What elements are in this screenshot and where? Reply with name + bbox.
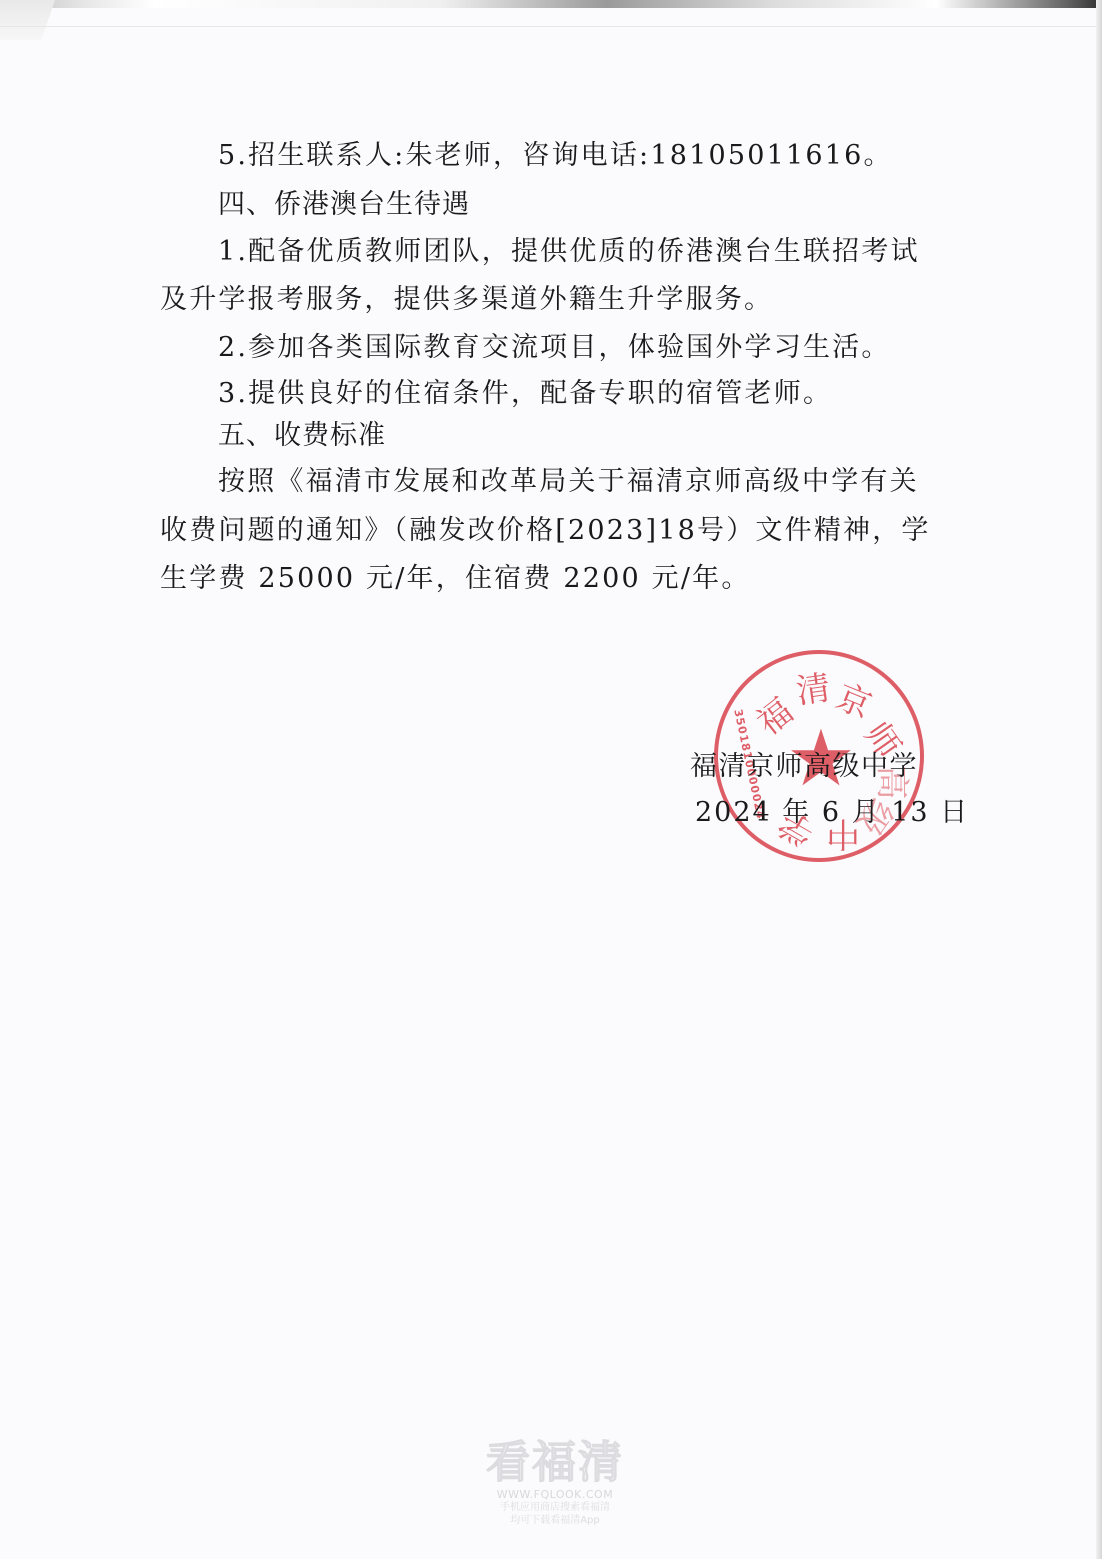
signature-date: 2024 年 6 月 13 日 <box>695 790 969 829</box>
fees-paragraph-line-1: 按照《福清市发展和改革局关于福清京师高级中学有关 <box>218 462 919 502</box>
watermark-line-1: 手机应用商店搜索看福清 <box>480 1501 630 1514</box>
watermark-url: WWW.FQLOOK.COM <box>480 1488 630 1501</box>
contact-line: 5.招生联系人:朱老师，咨询电话:18105011616。 <box>218 136 893 176</box>
scan-edge-top <box>0 0 1102 8</box>
scan-edge-right <box>1096 0 1102 1559</box>
seal-char: 清 <box>793 660 833 713</box>
section-heading-fees: 五、收费标准 <box>218 416 386 456</box>
scan-fold-line <box>0 26 1102 27</box>
fees-paragraph-line-3: 生学费 25000 元/年，住宿费 2200 元/年。 <box>160 559 751 599</box>
scan-edge-left <box>0 0 55 40</box>
site-watermark: 看福清 WWW.FQLOOK.COM 手机应用商店搜索看福清 均可下载看福清Ap… <box>480 1440 630 1527</box>
overseas-item-2: 2.参加各类国际教育交流项目，体验国外学习生活。 <box>218 328 891 368</box>
watermark-line-2: 均可下载看福清App <box>480 1514 630 1527</box>
fees-paragraph-line-2: 收费问题的通知》（融发改价格[2023]18号）文件精神，学 <box>160 511 931 551</box>
section-heading-overseas: 四、侨港澳台生待遇 <box>218 185 470 225</box>
signature-organization: 福清京师高级中学 <box>690 744 918 783</box>
watermark-title: 看福清 <box>480 1440 630 1486</box>
overseas-item-1: 1.配备优质教师团队，提供优质的侨港澳台生联招考试 <box>218 232 920 272</box>
overseas-item-1-cont: 及升学报考服务，提供多渠道外籍生升学服务。 <box>160 280 773 320</box>
overseas-item-3: 3.提供良好的住宿条件，配备专职的宿管老师。 <box>218 374 832 414</box>
